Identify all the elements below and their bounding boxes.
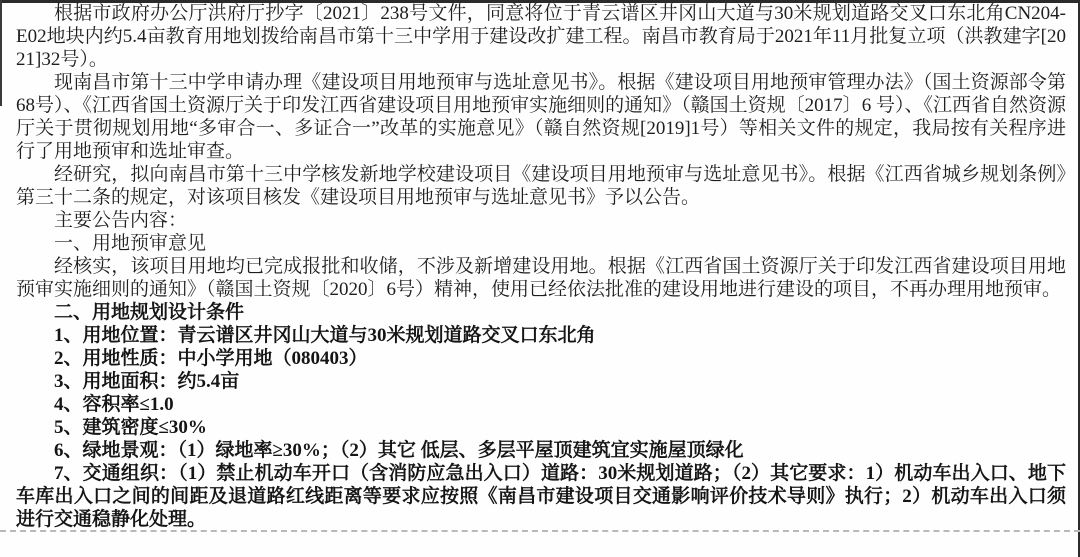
notice-document-page: 根据市政府办公厅洪府厅抄字〔2021〕238号文件，同意将位于青云谱区井冈山大道… (0, 0, 1080, 557)
item-2-land-use-nature: 2、用地性质：中小学用地（080403） (16, 347, 1066, 370)
item-7-traffic-organization: 7、交通组织：（1）禁止机动车开口（含消防应急出入口）道路：30米规划道路；（2… (16, 462, 1066, 531)
heading-main-announcement-content: 主要公告内容： (16, 209, 1066, 232)
item-5-building-density: 5、建筑密度≤30% (16, 416, 1066, 439)
item-3-land-area: 3、用地面积：约5.4亩 (16, 370, 1066, 393)
paragraph-application-and-regulations: 现南昌市第十三中学申请办理《建设项目用地预审与选址意见书》。根据《建设项目用地预… (16, 71, 1066, 163)
dashed-seam-line (0, 530, 1080, 532)
paragraph-preliminary-review-result: 经核实，该项目用地均已完成报批和收储，不涉及新增建设用地。根据《江西省国土资源厅… (16, 255, 1066, 301)
item-4-plot-ratio: 4、容积率≤1.0 (16, 393, 1066, 416)
item-6-green-landscape: 6、绿地景观：（1）绿地率≥30%；（2）其它 低层、多层平屋顶建筑宜实施屋顶绿… (16, 439, 1066, 462)
paragraph-review-decision: 经研究，拟向南昌市第十三中学核发新地学校建设项目《建设项目用地预审与选址意见书》… (16, 163, 1066, 209)
heading-section-2-planning-design-conditions: 二、用地规划设计条件 (16, 301, 1066, 324)
item-1-land-location: 1、用地位置：青云谱区井冈山大道与30米规划道路交叉口东北角 (16, 324, 1066, 347)
paragraph-approval-basis: 根据市政府办公厅洪府厅抄字〔2021〕238号文件，同意将位于青云谱区井冈山大道… (16, 2, 1066, 71)
notice-text-body: 根据市政府办公厅洪府厅抄字〔2021〕238号文件，同意将位于青云谱区井冈山大道… (16, 2, 1066, 531)
heading-section-1-land-preview-opinion: 一、用地预审意见 (16, 232, 1066, 255)
left-border-line (0, 0, 2, 106)
